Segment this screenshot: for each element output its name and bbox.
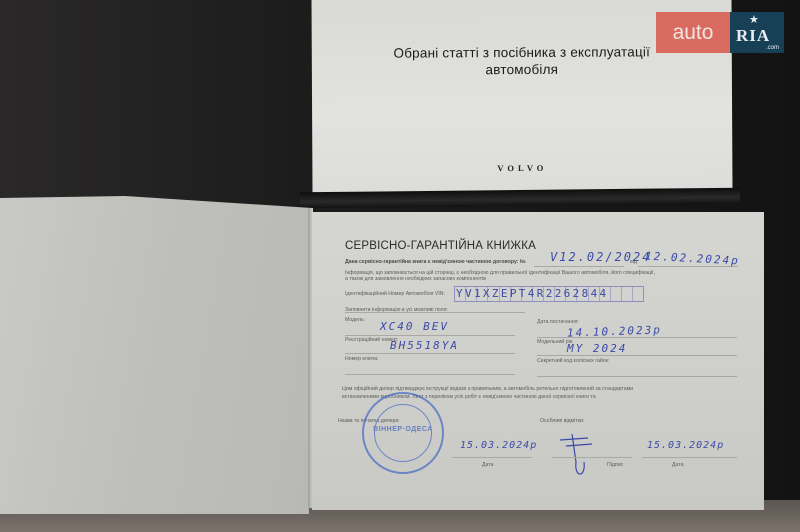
watermark-auto: auto [656,12,730,53]
volvo-brand: VOLVO [312,162,732,174]
model-label: Модель: [345,317,365,323]
key-number-label: Номер ключа: [345,356,379,362]
secret-code-label: Секретний код колісних гайок: [537,358,609,364]
vin-value: YV1XZEPT4R2262844 [456,287,609,300]
blank-left-page [0,196,312,514]
dealer-stamp: ВІННЕР·ОДЕСА [362,392,444,474]
model-value: XC40 BEV [380,320,449,333]
watermark-ria: ★ RIA .com [730,12,784,53]
info-text-2: а також для замовлення необхідних запасн… [345,276,486,282]
watermark-com: .com [766,45,779,51]
dealer-date: 15.03.2024р [460,440,537,451]
star-icon: ★ [749,13,759,26]
owner-date-label: Дата [672,462,684,468]
service-book-page: СЕРВІСНО-ГАРАНТІЙНА КНИЖКА Дана сервісно… [312,212,764,510]
reg-number-value: BH5518YA [390,339,459,352]
stamp-text: ВІННЕР·ОДЕСА [364,426,442,433]
photo-scene: Обрані статті з посібника з експлуатації… [0,0,800,532]
autoria-watermark: auto ★ RIA .com [656,12,784,53]
contract-label: Дана сервісно-гарантійна книга є невід'є… [345,259,526,265]
signature-label: Підпис [607,462,623,468]
confirmation-text-1: Цим офіційний дилер підтверджує інструкц… [342,386,633,392]
watermark-ria-text: RIA [736,26,770,46]
contract-date-label: від [630,259,637,265]
service-book-title: СЕРВІСНО-ГАРАНТІЙНА КНИЖКА [345,240,536,252]
delivery-date-label: Дата постачання: [537,319,579,325]
owner-notes-label: Особливі відмітки: [540,418,584,424]
dealer-date-label: Дата [482,462,494,468]
owner-date: 15.03.2024р [647,440,724,451]
vin-label: Ідентифікаційний Номер Автомобіля VIN: [345,291,445,297]
contract-date: 12.02.2024р [645,250,740,268]
model-year-value: MY 2024 [567,342,627,355]
manual-title-line-2: автомобіля [312,60,732,79]
